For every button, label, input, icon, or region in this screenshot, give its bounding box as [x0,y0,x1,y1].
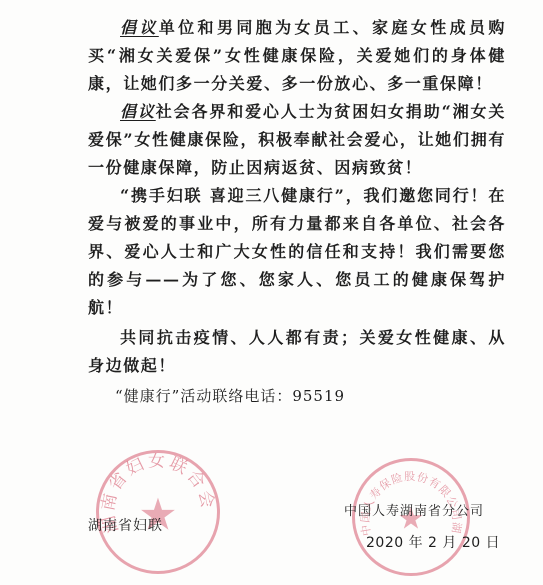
womens-federation-seal: 湖南省妇女联合会 ★ [96,450,220,574]
paragraph-invitation: “携手妇联 喜迎三八健康行”，我们邀您同行！在爱与被爱的事业中，所有力量都来自各… [88,182,506,322]
signature-right: 中国人寿湖南省分公司 [344,500,484,519]
document-body: 倡议单位和男同胞为女员工、家庭女性成员购买“湘女关爱保”女性健康保险，关爱她们的… [88,14,506,380]
paragraph-slogan: 共同抗击疫情、人人都有责；关爱女性健康、从身边做起！ [88,324,506,380]
document-date: 2020 年 2 月 20 日 [366,532,500,552]
paragraph-text: “携手妇联 喜迎三八健康行”，我们邀您同行！在爱与被爱的事业中，所有力量都来自各… [88,186,506,317]
paragraph-text: 共同抗击疫情、人人都有责；关爱女性健康、从身边做起！ [88,328,506,375]
document-page: 倡议单位和男同胞为女员工、家庭女性成员购买“湘女关爱保”女性健康保险，关爱她们的… [0,0,543,585]
signature-left: 湖南省妇联 [88,515,163,535]
paragraph-initiative-1: 倡议单位和男同胞为女员工、家庭女性成员购买“湘女关爱保”女性健康保险，关爱她们的… [88,14,506,98]
lead-word: 倡议 [120,102,156,121]
hotline-text: “健康行”活动联络电话：95519 [115,385,345,406]
paragraph-initiative-2: 倡议社会各界和爱心人士为贫困妇女捐助“湘女关爱保”女性健康保险，积极奉献社会爱心… [88,98,506,182]
lead-word: 倡议 [120,18,159,37]
